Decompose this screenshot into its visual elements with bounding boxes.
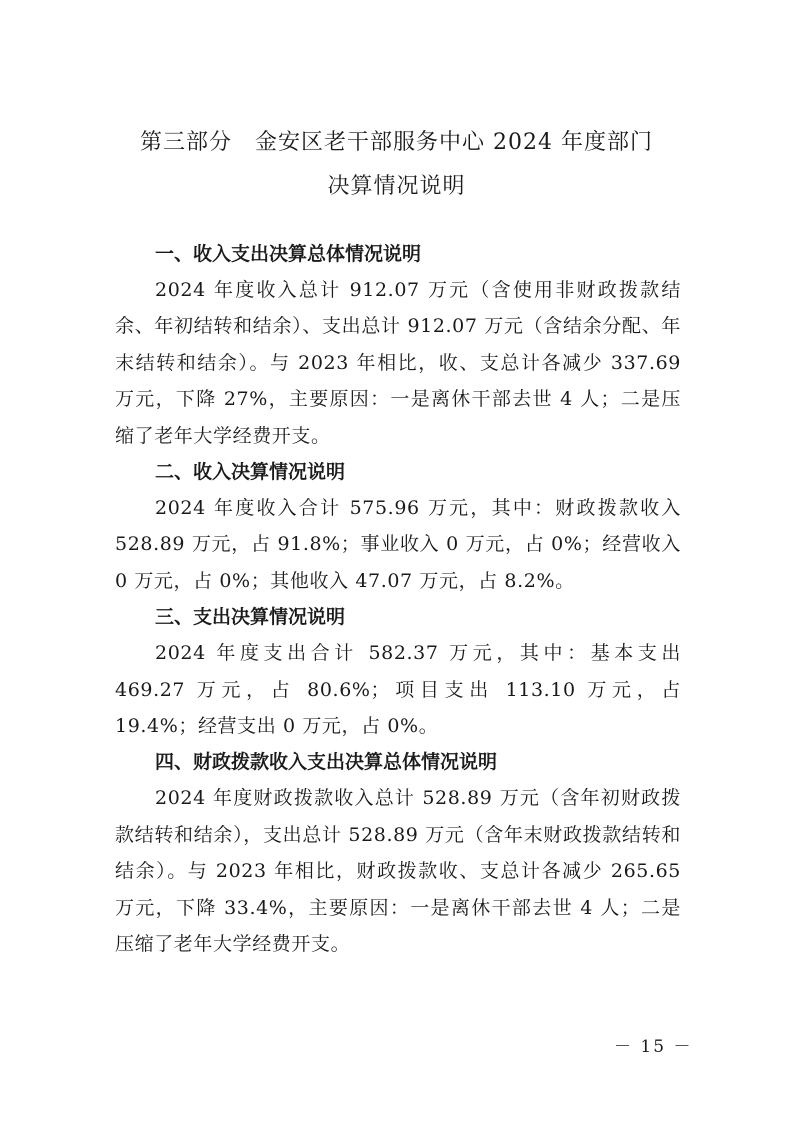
section-heading: 一、收入支出决算总体情况说明: [115, 236, 681, 272]
section-heading: 二、收入决算情况说明: [115, 454, 681, 490]
section-expenditure: 三、支出决算情况说明 2024 年度支出合计 582.37 万元，其中：基本支出…: [115, 599, 681, 744]
section-overall-income-expenditure: 一、收入支出决算总体情况说明 2024 年度收入总计 912.07 万元（含使用…: [115, 236, 681, 454]
section-paragraph: 2024 年度财政拨款收入总计 528.89 万元（含年初财政拨款结转和结余），…: [115, 780, 681, 962]
section-paragraph: 2024 年度收入总计 912.07 万元（含使用非财政拨款结余、年初结转和结余…: [115, 272, 681, 454]
page-title-line-2: 决算情况说明: [0, 165, 793, 209]
section-paragraph: 2024 年度收入合计 575.96 万元，其中：财政拨款收入 528.89 万…: [115, 490, 681, 599]
section-income: 二、收入决算情况说明 2024 年度收入合计 575.96 万元，其中：财政拨款…: [115, 454, 681, 599]
section-paragraph: 2024 年度支出合计 582.37 万元，其中：基本支出 469.27 万元，…: [115, 635, 681, 744]
page-title-line-1: 第三部分 金安区老干部服务中心 2024 年度部门: [0, 121, 793, 165]
section-fiscal-appropriation: 四、财政拨款收入支出决算总体情况说明 2024 年度财政拨款收入总计 528.8…: [115, 744, 681, 962]
section-heading: 三、支出决算情况说明: [115, 599, 681, 635]
document-body: 一、收入支出决算总体情况说明 2024 年度收入总计 912.07 万元（含使用…: [115, 236, 681, 963]
page-title: 第三部分 金安区老干部服务中心 2024 年度部门 决算情况说明: [0, 121, 793, 209]
section-heading: 四、财政拨款收入支出决算总体情况说明: [115, 744, 681, 780]
page-number: － 15 －: [614, 1032, 692, 1057]
